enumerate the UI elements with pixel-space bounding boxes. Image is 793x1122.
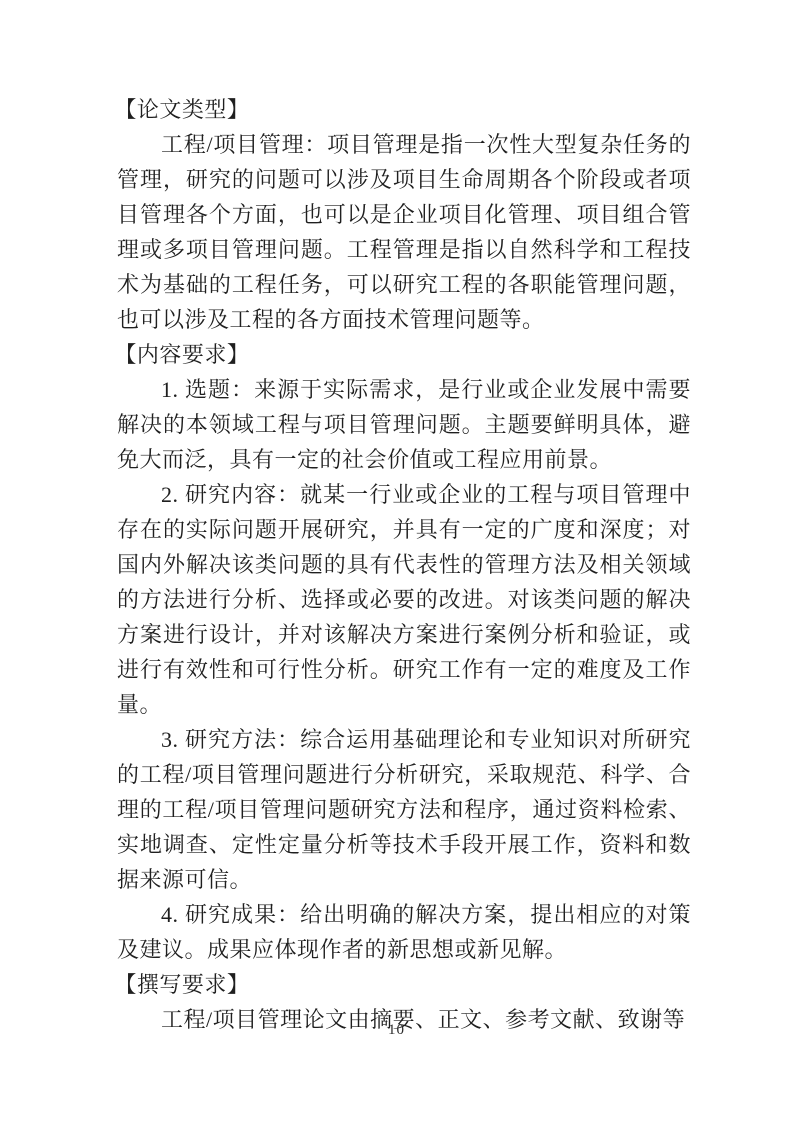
page-number: 10 [0, 1022, 793, 1039]
paragraph-item-research-content: 2. 研究内容：就某一行业或企业的工程与项目管理中存在的实际问题开展研究，并具有… [117, 477, 691, 722]
document-page: 【论文类型】 工程/项目管理：项目管理是指一次性大型复杂任务的管理，研究的问题可… [0, 0, 793, 1122]
section-heading-paper-type: 【论文类型】 [117, 92, 691, 127]
paragraph-item-research-method: 3. 研究方法：综合运用基础理论和专业知识对所研究的工程/项目管理问题进行分析研… [117, 722, 691, 897]
section-heading-writing-requirements: 【撰写要求】 [117, 967, 691, 1002]
paragraph-item-research-results: 4. 研究成果：给出明确的解决方案，提出相应的对策及建议。成果应体现作者的新思想… [117, 897, 691, 967]
section-heading-content-requirements: 【内容要求】 [117, 337, 691, 372]
document-body: 【论文类型】 工程/项目管理：项目管理是指一次性大型复杂任务的管理，研究的问题可… [117, 92, 691, 1037]
paragraph-paper-type-description: 工程/项目管理：项目管理是指一次性大型复杂任务的管理，研究的问题可以涉及项目生命… [117, 127, 691, 337]
paragraph-item-topic-selection: 1. 选题：来源于实际需求，是行业或企业发展中需要解决的本领域工程与项目管理问题… [117, 372, 691, 477]
